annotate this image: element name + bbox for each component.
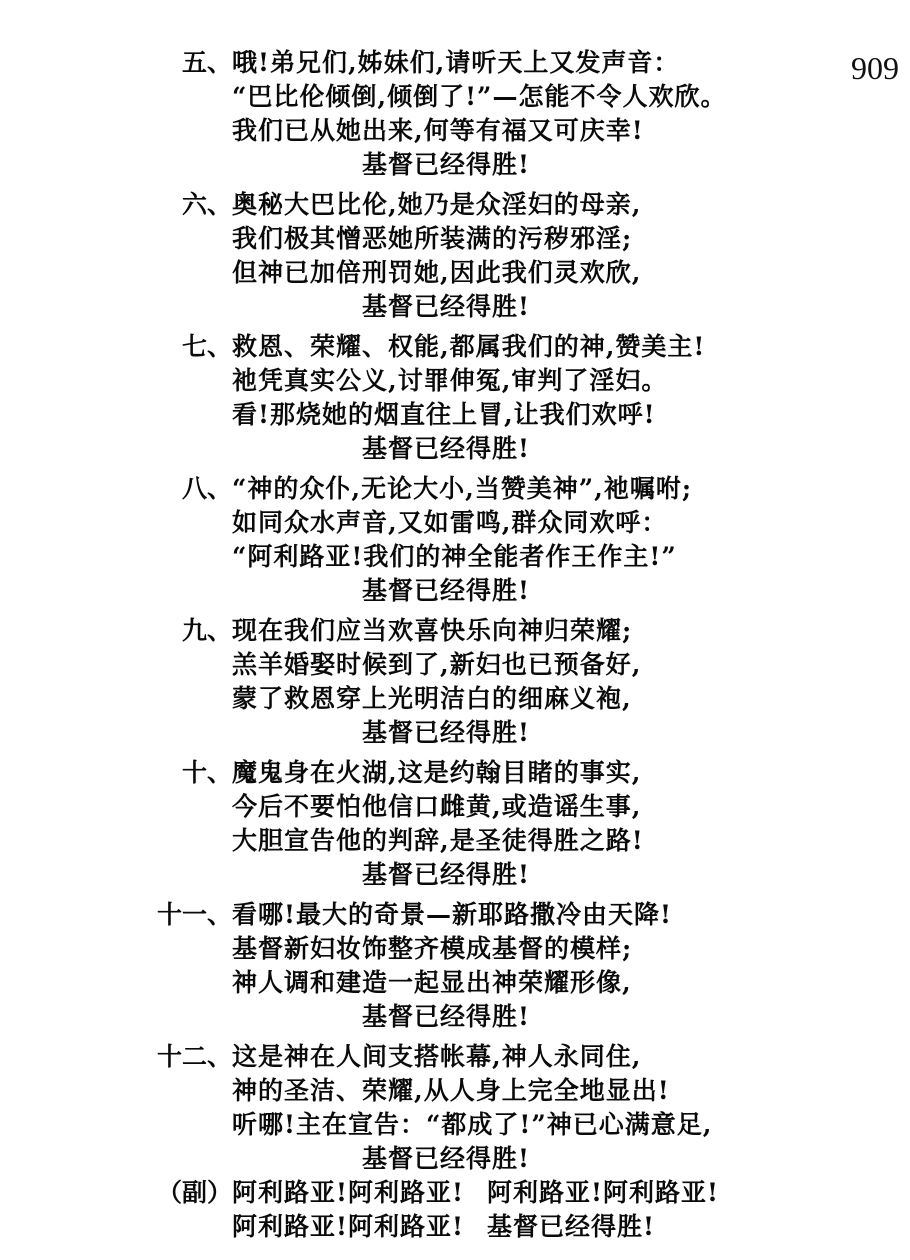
stanza-9: 九、 现在我们应当欢喜快乐向神归荣耀; 羔羊婚娶时候到了,新妇也已预备好, 蒙了… (0, 614, 910, 750)
lyric-text: 神人调和建造一起显出神荣耀形像, (232, 968, 632, 997)
lyric-text: 听哪!主在宣告：“都成了!”神已心满意足, (232, 1110, 712, 1139)
stanza-6: 六、 奥秘大巴比伦,她乃是众淫妇的母亲, 我们极其憎恶她所装满的污秽邪淫; 但神… (0, 188, 910, 324)
stanza-line: 九、 现在我们应当欢喜快乐向神归荣耀; (0, 614, 910, 648)
stanza-number: 八、 (182, 472, 232, 506)
refrain-line: 基督已经得胜! (0, 290, 910, 324)
stanza-number: 十二、 (157, 1040, 232, 1074)
stanza-line: 七、 救恩、荣耀、权能,都属我们的神,赞美主! (0, 330, 910, 364)
stanza-8: 八、 “神的众仆,无论大小,当赞美神”,祂嘱咐; 如同众水声音,又如雷鸣,群众同… (0, 472, 910, 608)
stanza-line: 神的圣洁、荣耀,从人身上完全地显出! (0, 1074, 910, 1108)
refrain-line: 基督已经得胜! (0, 716, 910, 750)
chorus-segment: 阿利路亚!阿利路亚! (232, 1210, 487, 1244)
stanza-line: 六、 奥秘大巴比伦,她乃是众淫妇的母亲, (0, 188, 910, 222)
chorus-line: 阿利路亚!阿利路亚!基督已经得胜! (0, 1210, 910, 1244)
lyric-text: 救恩、荣耀、权能,都属我们的神,赞美主! (232, 332, 705, 361)
stanza-10: 十、 魔鬼身在火湖,这是约翰目睹的事实, 今后不要怕他信口雌黄,或造谣生事, 大… (0, 756, 910, 892)
stanza-line: 八、 “神的众仆,无论大小,当赞美神”,祂嘱咐; (0, 472, 910, 506)
stanza-line: 十二、 这是神在人间支搭帐幕,神人永同住, (0, 1040, 910, 1074)
stanza-line: 神人调和建造一起显出神荣耀形像, (0, 966, 910, 1000)
chorus-segment: 阿利路亚!阿利路亚! (232, 1176, 487, 1210)
refrain-text: 基督已经得胜! (362, 860, 530, 889)
lyric-text: 神的圣洁、荣耀,从人身上完全地显出! (232, 1076, 670, 1105)
lyric-text: 但神已加倍刑罚她,因此我们灵欢欣, (232, 258, 641, 287)
chorus: （副） 阿利路亚!阿利路亚!阿利路亚!阿利路亚! 阿利路亚!阿利路亚!基督已经得… (0, 1176, 910, 1244)
stanza-number: 七、 (182, 330, 232, 364)
stanza-line: “巴比伦倾倒,倾倒了!”—怎能不令人欢欣。 (0, 80, 910, 114)
refrain-line: 基督已经得胜! (0, 432, 910, 466)
chorus-segment: 基督已经得胜! (487, 1210, 655, 1244)
stanza-line: 十一、 看哪!最大的奇景—新耶路撒冷由天降! (0, 898, 910, 932)
refrain-text: 基督已经得胜! (362, 576, 530, 605)
lyric-text: 基督新妇妆饰整齐模成基督的模样; (232, 934, 632, 963)
lyric-text: 我们极其憎恶她所装满的污秽邪淫; (232, 224, 632, 253)
refrain-text: 基督已经得胜! (362, 718, 530, 747)
stanza-5: 五、 哦!弟兄们,姊妹们,请听天上又发声音： “巴比伦倾倒,倾倒了!”—怎能不令… (0, 46, 910, 182)
stanza-line: 今后不要怕他信口雌黄,或造谣生事, (0, 790, 910, 824)
stanza-number: 九、 (182, 614, 232, 648)
stanza-number: 十一、 (157, 898, 232, 932)
refrain-text: 基督已经得胜! (362, 1144, 530, 1173)
lyric-text: 哦!弟兄们,姊妹们,请听天上又发声音： (232, 48, 679, 77)
stanza-line: 我们已从她出来,何等有福又可庆幸! (0, 114, 910, 148)
hymn-text: 五、 哦!弟兄们,姊妹们,请听天上又发声音： “巴比伦倾倒,倾倒了!”—怎能不令… (0, 46, 910, 1244)
refrain-text: 基督已经得胜! (362, 292, 530, 321)
lyric-text: 看!那烧她的烟直往上冒,让我们欢呼! (232, 400, 656, 429)
stanza-line: 基督新妇妆饰整齐模成基督的模样; (0, 932, 910, 966)
lyric-text: “巴比伦倾倒,倾倒了!”—怎能不令人欢欣。 (232, 82, 726, 111)
chorus-segment: 阿利路亚!阿利路亚! (487, 1176, 719, 1210)
stanza-line: 但神已加倍刑罚她,因此我们灵欢欣, (0, 256, 910, 290)
lyric-text: 我们已从她出来,何等有福又可庆幸! (232, 116, 644, 145)
stanza-11: 十一、 看哪!最大的奇景—新耶路撒冷由天降! 基督新妇妆饰整齐模成基督的模样; … (0, 898, 910, 1034)
stanza-line: 我们极其憎恶她所装满的污秽邪淫; (0, 222, 910, 256)
lyric-text: 今后不要怕他信口雌黄,或造谣生事, (232, 792, 641, 821)
lyric-text: 现在我们应当欢喜快乐向神归荣耀; (232, 616, 632, 645)
lyric-text: 如同众水声音,又如雷鸣,群众同欢呼： (232, 508, 667, 537)
stanza-line: “阿利路亚!我们的神全能者作王作主!” (0, 540, 910, 574)
stanza-line: 十、 魔鬼身在火湖,这是约翰目睹的事实, (0, 756, 910, 790)
refrain-text: 基督已经得胜! (362, 434, 530, 463)
stanza-number: 六、 (182, 188, 232, 222)
refrain-line: 基督已经得胜! (0, 574, 910, 608)
lyric-text: 魔鬼身在火湖,这是约翰目睹的事实, (232, 758, 641, 787)
stanza-number: 十、 (182, 756, 232, 790)
lyric-text: 祂凭真实公义,讨罪伸冤,审判了淫妇。 (232, 366, 667, 395)
refrain-line: 基督已经得胜! (0, 1142, 910, 1176)
lyric-text: 蒙了救恩穿上光明洁白的细麻义袍, (232, 684, 632, 713)
stanza-7: 七、 救恩、荣耀、权能,都属我们的神,赞美主! 祂凭真实公义,讨罪伸冤,审判了淫… (0, 330, 910, 466)
refrain-line: 基督已经得胜! (0, 1000, 910, 1034)
stanza-line: 羔羊婚娶时候到了,新妇也已预备好, (0, 648, 910, 682)
lyric-text: “神的众仆,无论大小,当赞美神”,祂嘱咐; (232, 474, 692, 503)
stanza-line: 蒙了救恩穿上光明洁白的细麻义袍, (0, 682, 910, 716)
refrain-text: 基督已经得胜! (362, 150, 530, 179)
lyric-text: 羔羊婚娶时候到了,新妇也已预备好, (232, 650, 641, 679)
lyric-text: 这是神在人间支搭帐幕,神人永同住, (232, 1042, 641, 1071)
stanza-number: 五、 (182, 46, 232, 80)
stanza-line: 看!那烧她的烟直往上冒,让我们欢呼! (0, 398, 910, 432)
refrain-line: 基督已经得胜! (0, 148, 910, 182)
refrain-line: 基督已经得胜! (0, 858, 910, 892)
stanza-line: 祂凭真实公义,讨罪伸冤,审判了淫妇。 (0, 364, 910, 398)
refrain-text: 基督已经得胜! (362, 1002, 530, 1031)
stanza-12: 十二、 这是神在人间支搭帐幕,神人永同住, 神的圣洁、荣耀,从人身上完全地显出!… (0, 1040, 910, 1176)
chorus-label: （副） (157, 1176, 232, 1210)
lyric-text: 奥秘大巴比伦,她乃是众淫妇的母亲, (232, 190, 641, 219)
lyric-text: “阿利路亚!我们的神全能者作王作主!” (232, 542, 677, 571)
stanza-line: 如同众水声音,又如雷鸣,群众同欢呼： (0, 506, 910, 540)
stanza-line: 大胆宣告他的判辞,是圣徒得胜之路! (0, 824, 910, 858)
lyric-text: 看哪!最大的奇景—新耶路撒冷由天降! (232, 900, 672, 929)
stanza-line: 五、 哦!弟兄们,姊妹们,请听天上又发声音： (0, 46, 910, 80)
stanza-line: 听哪!主在宣告：“都成了!”神已心满意足, (0, 1108, 910, 1142)
lyric-text: 大胆宣告他的判辞,是圣徒得胜之路! (232, 826, 644, 855)
chorus-line: （副） 阿利路亚!阿利路亚!阿利路亚!阿利路亚! (0, 1176, 910, 1210)
